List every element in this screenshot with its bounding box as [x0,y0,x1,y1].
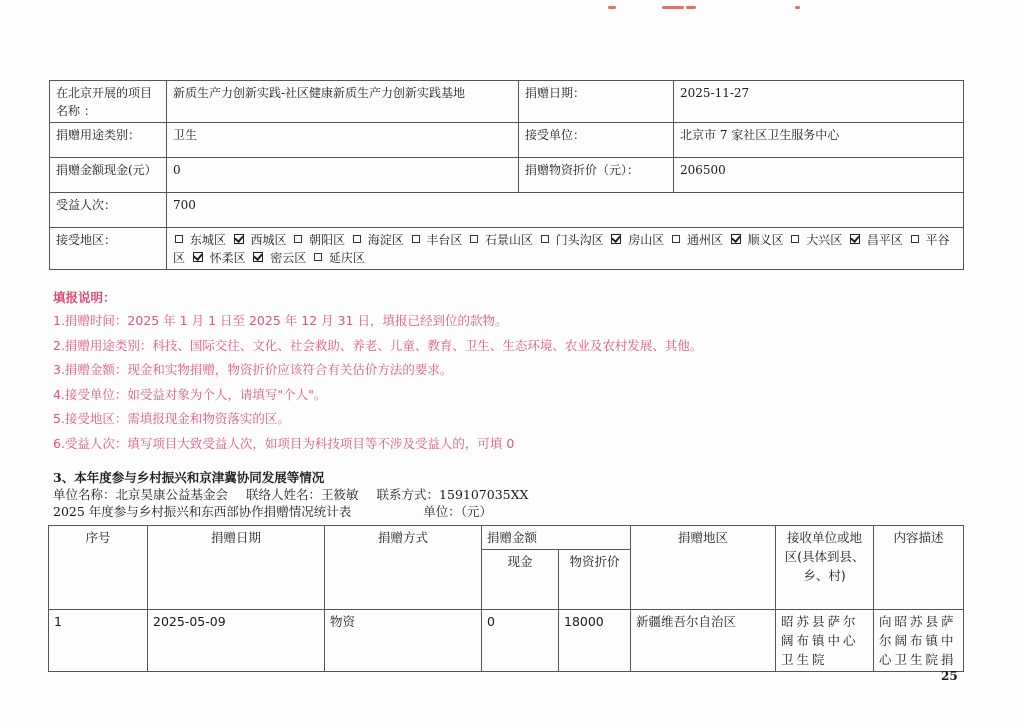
note-line: 4.接受单位：如受益对象为个人，请填写"个人"。 [53,385,702,410]
phone-value: 159107035XX [439,487,528,502]
page-number: 25 [941,669,958,683]
cell-cash: 0 [482,610,559,672]
form-row-region: 接受地区： 东城区 西城区 朝阳区 海淀区 丰台区 石景山区 门头沟区 房山区 … [50,228,964,270]
checkbox-unchecked-icon[interactable] [672,235,680,243]
goods-label: 捐赠物资折价（元）： [519,158,674,193]
checkbox-unchecked-icon[interactable] [791,235,799,243]
district-label: 门头沟区 [552,233,608,247]
purpose-value: 卫生 [167,123,519,158]
org-value: 北京昊康公益基金会 [116,487,229,502]
district-option[interactable]: 朝阳区 [292,233,349,247]
contact-value: 王筱敏 [321,487,359,502]
header-goods: 物资折价 [559,550,631,610]
district-label: 丰台区 [423,233,467,247]
filling-notes: 填报说明： 1.捐赠时间：2025 年 1 月 1 日至 2025 年 12 月… [53,288,702,458]
checkbox-unchecked-icon[interactable] [412,235,420,243]
scan-marks [600,6,830,12]
checkbox-unchecked-icon[interactable] [541,235,549,243]
checkbox-unchecked-icon[interactable] [314,253,322,261]
goods-value: 206500 [674,158,964,193]
district-option[interactable]: 丰台区 [410,233,467,247]
rural-revitalization-table: 序号 捐赠日期 捐赠方式 捐赠金额 捐赠地区 接收单位或地区(具体到县、乡、村)… [48,525,964,672]
date-label: 捐赠日期： [519,81,674,123]
district-checklist: 东城区 西城区 朝阳区 海淀区 丰台区 石景山区 门头沟区 房山区 通州区 顺义… [167,228,964,270]
district-option[interactable]: 海淀区 [351,233,408,247]
checkbox-checked-icon[interactable] [850,234,860,244]
checkbox-unchecked-icon[interactable] [175,235,183,243]
checkbox-checked-icon[interactable] [234,234,244,244]
purpose-label: 捐赠用途类别： [50,123,167,158]
checkbox-checked-icon[interactable] [193,252,203,262]
header-no: 序号 [49,526,148,610]
checkbox-unchecked-icon[interactable] [353,235,361,243]
beneficiaries-value: 700 [167,193,964,228]
checkbox-unchecked-icon[interactable] [911,235,919,243]
checkbox-checked-icon[interactable] [253,252,263,262]
cell-date: 2025-05-09 [148,610,325,672]
table-row: 1 2025-05-09 物资 0 18000 新疆维吾尔自治区 昭苏县萨尔阔布… [49,610,964,672]
recipient-value: 北京市 7 家社区卫生服务中心 [674,123,964,158]
org-label: 单位名称： [53,487,116,502]
district-label: 密云区 [266,251,310,265]
section-3: 3、本年度参与乡村振兴和京津冀协同发展等情况 单位名称：北京昊康公益基金会 联络… [53,469,528,520]
cell-goods: 18000 [559,610,631,672]
district-label: 延庆区 [325,251,365,265]
district-option[interactable]: 密云区 [251,251,310,265]
note-line: 6.受益人次：填写项目大致受益人次，如项目为科技项目等不涉及受益人的，可填 0 [53,434,702,459]
district-option[interactable]: 房山区 [609,233,668,247]
section-heading: 3、本年度参与乡村振兴和京津冀协同发展等情况 [53,469,528,486]
district-label: 怀柔区 [206,251,250,265]
region-label: 接受地区： [50,228,167,270]
header-method: 捐赠方式 [325,526,482,610]
district-option[interactable]: 石景山区 [468,233,537,247]
district-label: 昌平区 [863,233,907,247]
district-option[interactable]: 西城区 [232,233,291,247]
project-label: 在北京开展的项目名称 ： [50,81,167,123]
cell-desc: 向昭苏县萨尔阔布镇中心卫生院捐 [874,610,964,672]
header-cash: 现金 [482,550,559,610]
note-line: 2.捐赠用途类别：科技、国际交往、文化、社会救助、养老、儿童、教育、卫生、生态环… [53,336,702,361]
district-option[interactable]: 延庆区 [312,251,365,265]
recipient-label: 接受单位： [519,123,674,158]
checkbox-checked-icon[interactable] [611,234,621,244]
unit-label: 单位：（元） [423,504,492,519]
checkbox-checked-icon[interactable] [731,234,741,244]
district-label: 房山区 [624,233,668,247]
header-row: 序号 捐赠日期 捐赠方式 捐赠金额 捐赠地区 接收单位或地区(具体到县、乡、村)… [49,526,964,550]
district-option[interactable]: 怀柔区 [191,251,250,265]
note-line: 1.捐赠时间：2025 年 1 月 1 日至 2025 年 12 月 31 日，… [53,311,702,336]
district-option[interactable]: 昌平区 [848,233,907,247]
contact-label: 联络人姓名： [246,487,321,502]
cell-method: 物资 [325,610,482,672]
cell-recipient: 昭苏县萨尔阔布镇中心卫生院 [776,610,874,672]
org-info-line: 单位名称：北京昊康公益基金会 联络人姓名：王筱敏 联系方式：159107035X… [53,486,528,503]
phone-label: 联系方式： [377,487,440,502]
district-label: 海淀区 [364,233,408,247]
district-label: 东城区 [186,233,230,247]
district-label: 石景山区 [481,233,537,247]
form-row-purpose: 捐赠用途类别： 卫生 接受单位： 北京市 7 家社区卫生服务中心 [50,123,964,158]
form-row-beneficiaries: 受益人次： 700 [50,193,964,228]
beneficiaries-label: 受益人次： [50,193,167,228]
table-title-line: 2025 年度参与乡村振兴和东西部协作捐赠情况统计表单位：（元） [53,503,528,520]
cell-no: 1 [49,610,148,672]
header-date: 捐赠日期 [148,526,325,610]
district-label: 西城区 [247,233,291,247]
table-title: 2025 年度参与乡村振兴和东西部协作捐赠情况统计表 [53,504,351,519]
notes-title: 填报说明： [53,288,702,306]
header-region: 捐赠地区 [631,526,776,610]
district-label: 大兴区 [802,233,846,247]
date-value: 2025-11-27 [674,81,964,123]
header-recipient: 接收单位或地区(具体到县、乡、村) [776,526,874,610]
header-amount: 捐赠金额 [482,526,631,550]
donation-form-table: 在北京开展的项目名称 ： 新质生产力创新实践-社区健康新质生产力创新实践基地 捐… [49,80,964,270]
form-row-amount: 捐赠金额现金(元） 0 捐赠物资折价（元）： 206500 [50,158,964,193]
district-label: 朝阳区 [305,233,349,247]
cell-region: 新疆维吾尔自治区 [631,610,776,672]
project-value: 新质生产力创新实践-社区健康新质生产力创新实践基地 [167,81,519,123]
checkbox-unchecked-icon[interactable] [470,235,478,243]
district-option[interactable]: 顺义区 [729,233,788,247]
cash-value: 0 [167,158,519,193]
checkbox-unchecked-icon[interactable] [294,235,302,243]
note-line: 5.接受地区：需填报现金和物资落实的区。 [53,409,702,434]
cash-label: 捐赠金额现金(元） [50,158,167,193]
district-label: 顺义区 [744,233,788,247]
header-desc: 内容描述 [874,526,964,610]
note-line: 3.捐赠金额：现金和实物捐赠，物资折价应该符合有关估价方法的要求。 [53,360,702,385]
district-label: 通州区 [683,233,727,247]
district-option[interactable]: 东城区 [173,233,230,247]
district-option[interactable]: 门头沟区 [539,233,608,247]
district-option[interactable]: 大兴区 [789,233,846,247]
district-option[interactable]: 通州区 [670,233,727,247]
form-row-project: 在北京开展的项目名称 ： 新质生产力创新实践-社区健康新质生产力创新实践基地 捐… [50,81,964,123]
